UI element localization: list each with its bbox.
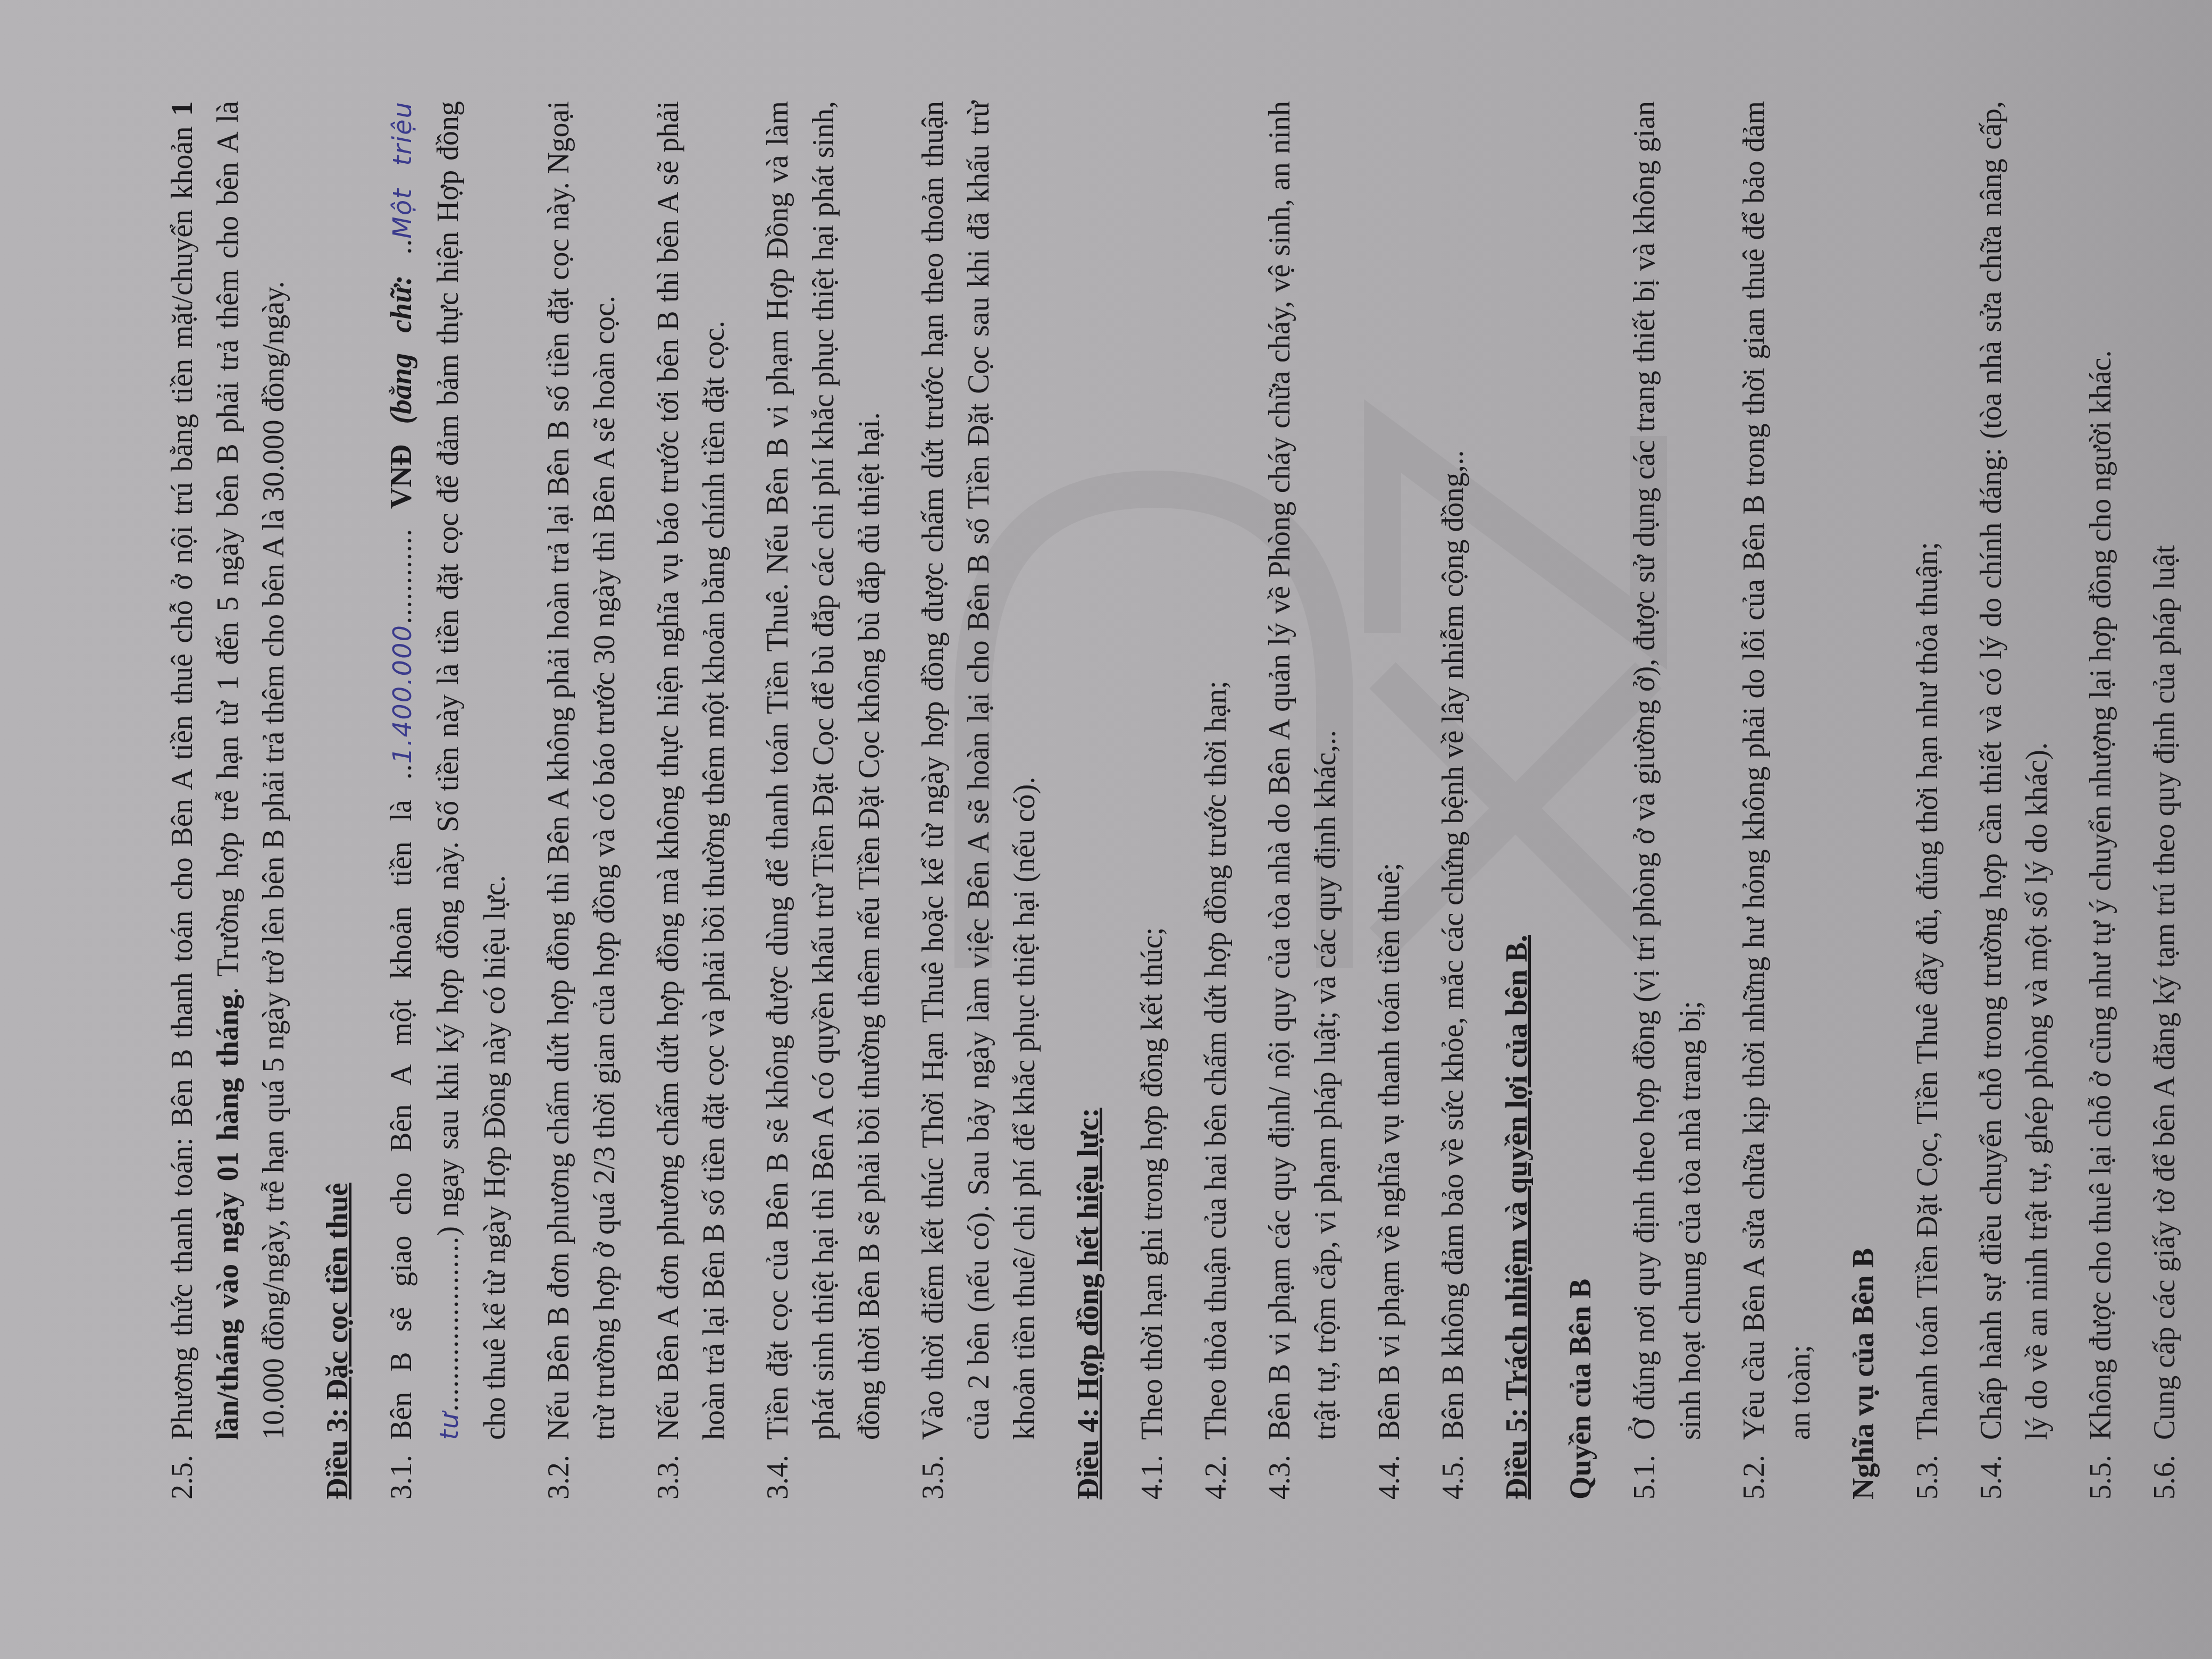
- section-heading-5: Điều 5: Trách nhiệm và quyền lợi của bên…: [1494, 101, 1540, 1499]
- clause-5-2: 5.2. Yêu cầu Bên A sửa chữa kịp thời nhữ…: [1731, 101, 1823, 1499]
- clause-text: Theo thời hạn ghi trong hợp đồng kết thú…: [1136, 927, 1169, 1440]
- clause-text: Không được cho thuê lại chỗ ở cũng như t…: [2084, 350, 2117, 1440]
- clause-number: 5.4.: [1968, 1455, 2014, 1499]
- currency-label: VNĐ: [385, 424, 418, 529]
- clause-3-2: 3.2. Nếu Bên B đơn phương chấm dứt hợp đ…: [536, 101, 627, 1499]
- clause-text: Chấp hành sự điều chuyển chỗ trong trườn…: [1975, 101, 2054, 1440]
- clause-number: 4.2.: [1193, 1455, 1239, 1499]
- handwritten-deposit-amount: 1.400.000: [388, 624, 417, 764]
- clause-text: Bên B vi phạm các quy định/ nội quy của …: [1263, 101, 1342, 1440]
- rights-heading: Quyền của Bên B: [1558, 101, 1604, 1499]
- clause-number: 5.3.: [1905, 1455, 1950, 1499]
- clause-5-4: 5.4. Chấp hành sự điều chuyển chỗ trong …: [1968, 101, 2060, 1499]
- clause-5-5: 5.5. Không được cho thuê lại chỗ ở cũng …: [2078, 101, 2124, 1499]
- clause-number: 5.7.: [2206, 1455, 2212, 1499]
- clause-number: 5.5.: [2078, 1455, 2124, 1499]
- clause-number: 4.3.: [1257, 1455, 1303, 1499]
- clause-text: Phương thức thanh toán: Bên B thanh toán…: [166, 116, 199, 1440]
- clause-5-6: 5.6. Cung cấp các giấy tờ để bên A đăng …: [2142, 101, 2188, 1499]
- clause-text: Yêu cầu Bên A sửa chữa kịp thời những hư…: [1738, 101, 1816, 1440]
- photo-background: 2.5. Phương thức thanh toán: Bên B thanh…: [0, 0, 2212, 1659]
- clause-number: 5.1.: [1622, 1455, 1668, 1499]
- clause-4-5: 4.5. Bên B không đảm bảo về sức khỏe, mắ…: [1430, 101, 1476, 1499]
- clause-text: Bên B sẽ giao cho Bên A một khoản tiền l…: [385, 780, 418, 1440]
- clause-4-2: 4.2. Theo thỏa thuận của hai bên chấm dứ…: [1193, 101, 1239, 1499]
- clause-3-5: 3.5. Vào thời điểm kết thúc Thời Hạn Thu…: [910, 101, 1048, 1499]
- fill-dots: ......................: [432, 1236, 465, 1412]
- clause-5-3: 5.3. Thanh toán Tiền Đặt Cọc, Tiền Thuê …: [1905, 101, 1950, 1499]
- clause-text: Tiền đặt cọc của Bên B sẽ không được dùn…: [761, 101, 886, 1440]
- clause-number: 2.5.: [160, 1455, 205, 1499]
- clause-number: 4.4.: [1367, 1455, 1412, 1499]
- fill-dots: ..: [385, 764, 418, 780]
- clause-text: Bên B không đảm bảo về sức khỏe, mắc các…: [1437, 450, 1470, 1440]
- in-words-label: (bằng chữ:: [385, 275, 418, 424]
- clause-number: 3.4.: [755, 1455, 801, 1499]
- clause-number: 4.1.: [1129, 1455, 1175, 1499]
- clause-text: Ở đúng nơi quy định theo hợp đồng (vị tr…: [1628, 101, 1707, 1440]
- obligations-heading: Nghĩa vụ của Bên B: [1841, 101, 1887, 1499]
- clause-number: 3.1.: [379, 1455, 424, 1499]
- section-heading-3: Điều 3: Đặc cọc tiền thuê: [315, 101, 361, 1499]
- clause-5-1: 5.1. Ở đúng nơi quy định theo hợp đồng (…: [1622, 101, 1713, 1499]
- clause-number: 3.3.: [646, 1455, 691, 1499]
- clause-4-3: 4.3. Bên B vi phạm các quy định/ nội quy…: [1257, 101, 1348, 1499]
- clause-number: 3.5.: [910, 1455, 956, 1499]
- section-heading-4: Điều 4: Hợp đồng hết hiệu lực:: [1066, 101, 1111, 1499]
- clause-3-3: 3.3. Nếu Bên A đơn phương chấm dứt hợp đ…: [646, 101, 737, 1499]
- clause-text: Thanh toán Tiền Đặt Cọc, Tiền Thuê đầy đ…: [1911, 542, 1944, 1440]
- clause-2-5: 2.5. Phương thức thanh toán: Bên B thanh…: [160, 101, 297, 1499]
- clause-text: Bên B vi phạm về nghĩa vụ thanh toán tiề…: [1373, 862, 1406, 1440]
- clause-5-7: 5.7. Không được đun nấu ở những nơi khôn…: [2206, 101, 2212, 1499]
- clause-3-4: 3.4. Tiền đặt cọc của Bên B sẽ không đượ…: [755, 101, 892, 1499]
- clause-3-1: 3.1. Bên B sẽ giao cho Bên A một khoản t…: [379, 101, 518, 1499]
- clause-4-4: 4.4. Bên B vi phạm về nghĩa vụ thanh toá…: [1367, 101, 1412, 1499]
- clause-text: Cung cấp các giấy tờ để bên A đăng ký tạ…: [2148, 545, 2181, 1440]
- clause-text: Nếu Bên A đơn phương chấm dứt hợp đồng m…: [652, 101, 731, 1440]
- clause-text: Theo thỏa thuận của hai bên chấm dứt hợp…: [1200, 681, 1233, 1440]
- clause-number: 4.5.: [1430, 1455, 1476, 1499]
- fill-dots: ............: [385, 529, 418, 624]
- document-body: 2.5. Phương thức thanh toán: Bên B thanh…: [160, 101, 2212, 1499]
- document-page: 2.5. Phương thức thanh toán: Bên B thanh…: [0, 0, 2212, 1659]
- clause-text: Nếu Bên B đơn phương chấm dứt hợp đồng t…: [542, 101, 621, 1440]
- clause-number: 5.6.: [2142, 1455, 2188, 1499]
- clause-4-1: 4.1. Theo thời hạn ghi trong hợp đồng kế…: [1129, 101, 1175, 1499]
- fill-dots: ..: [385, 239, 418, 275]
- clause-number: 3.2.: [536, 1455, 582, 1499]
- clause-text: Vào thời điểm kết thúc Thời Hạn Thuê hoặ…: [917, 101, 1041, 1440]
- clause-number: 5.2.: [1731, 1455, 1777, 1499]
